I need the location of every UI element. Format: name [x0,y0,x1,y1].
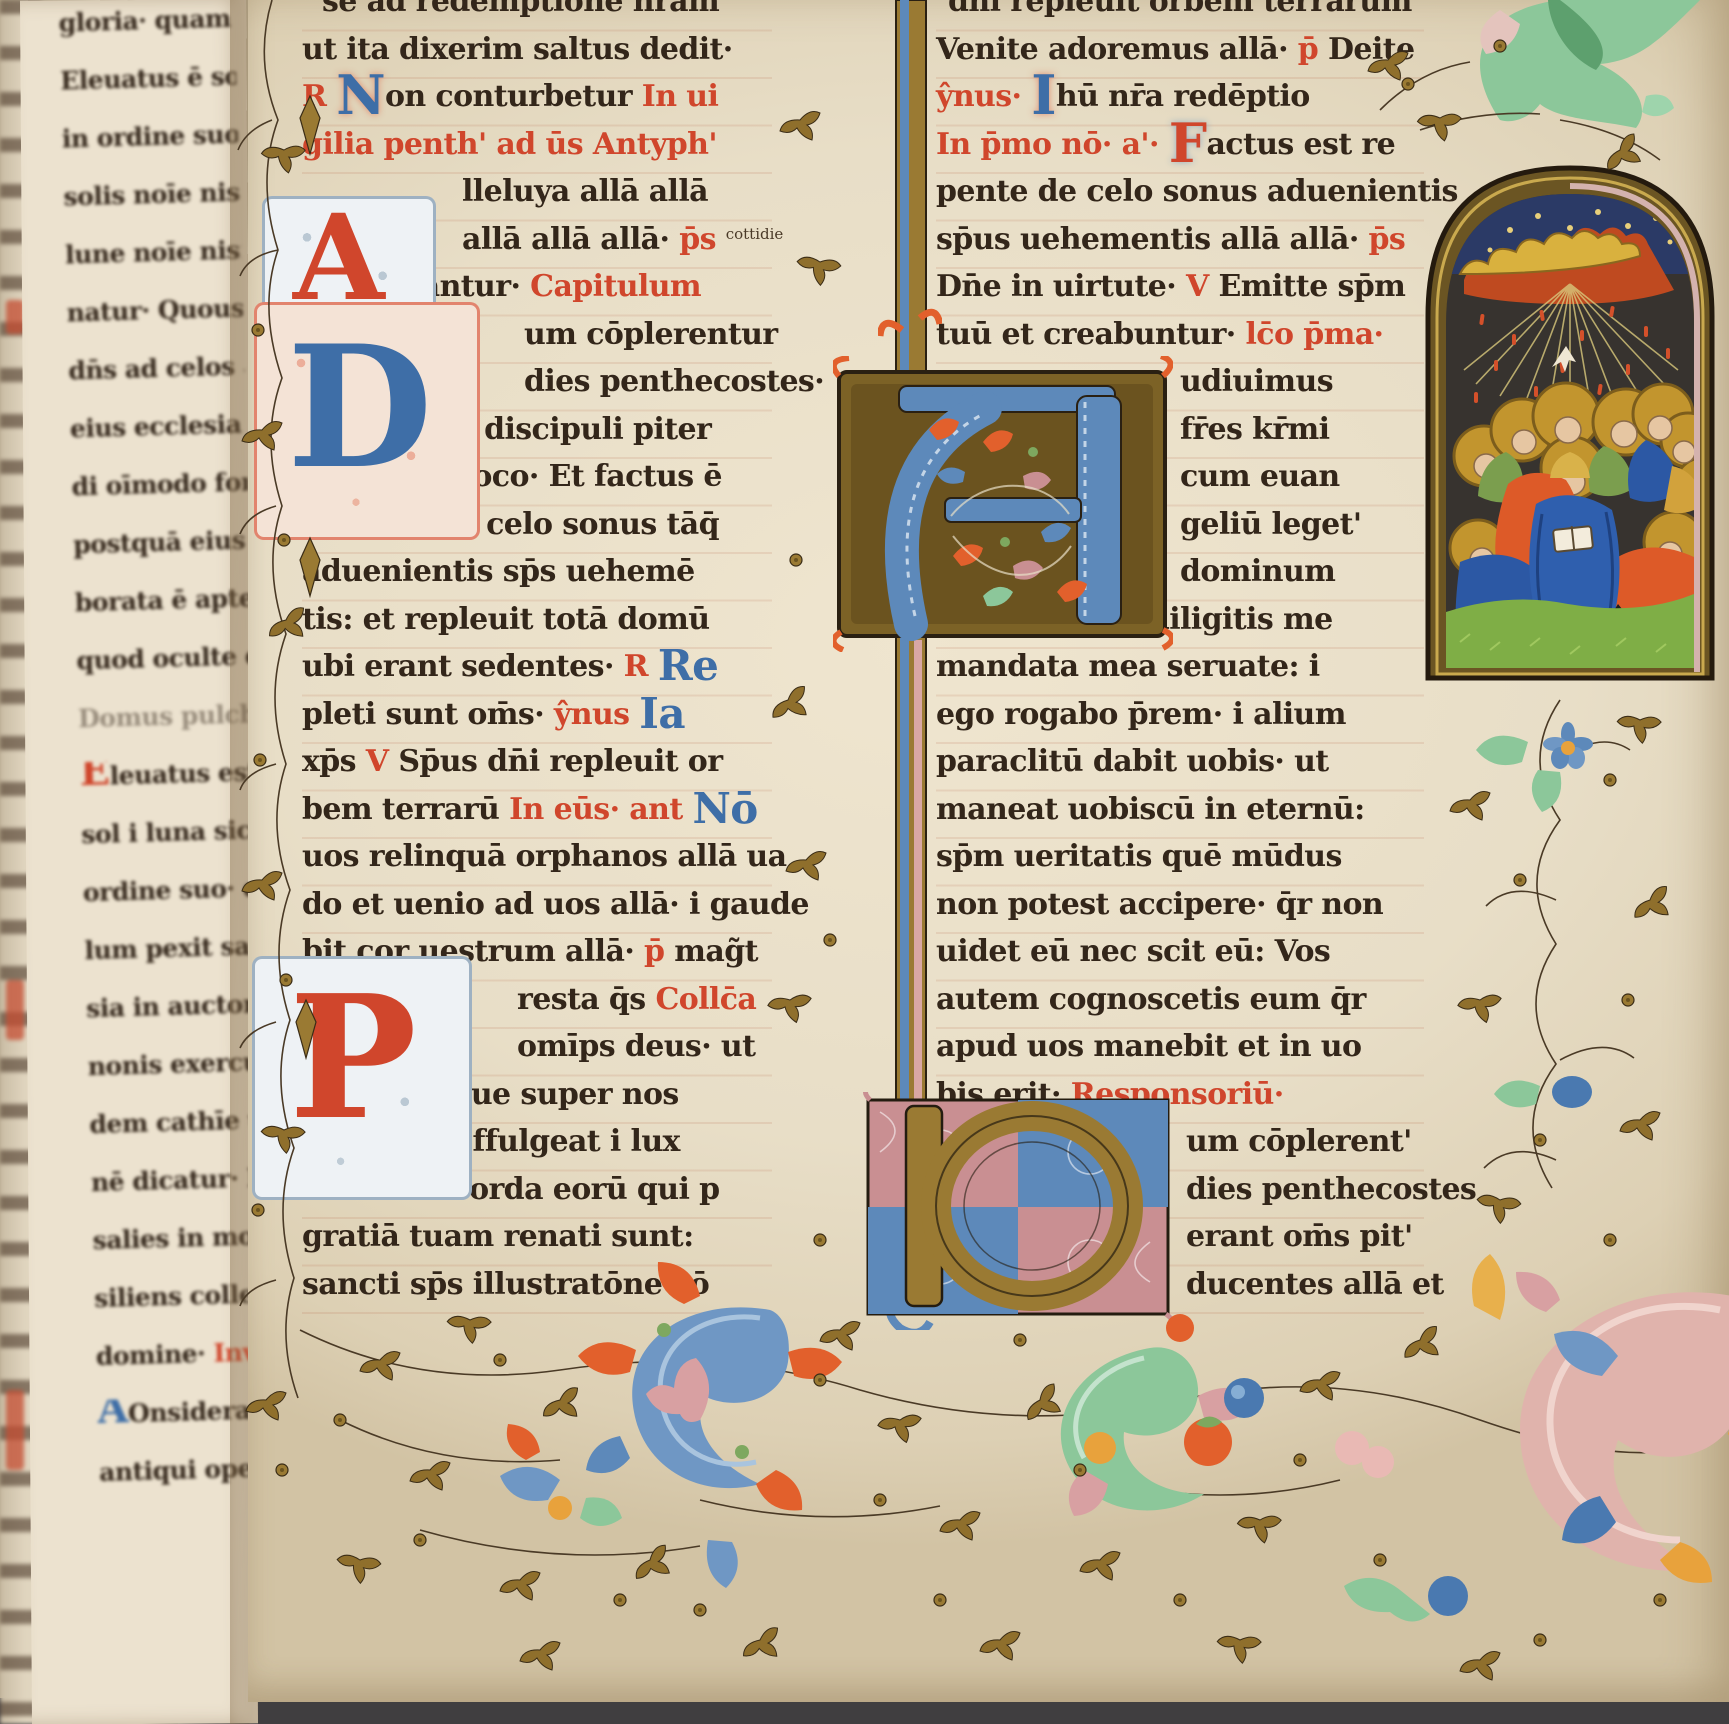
green-acanthus [1061,1314,1369,1516]
right-margin-border [1450,700,1676,1246]
pink-acanthus [1344,1254,1729,1622]
top-right-foliage [1368,0,1700,177]
green-snail-leaf [1344,1578,1430,1622]
gold-horn [1472,1254,1505,1320]
blue-bud [1552,1076,1592,1108]
left-margin-vine [238,0,298,1398]
blue-acanthus [578,1262,842,1588]
manuscript-photo: gloria· quam abatur auEleuatus ē sol i l… [0,0,1729,1724]
border-decoration [0,0,1729,1724]
bottom-border [300,1254,1729,1680]
left-cluster [500,1424,622,1526]
intercolumn-gold [766,112,842,1246]
